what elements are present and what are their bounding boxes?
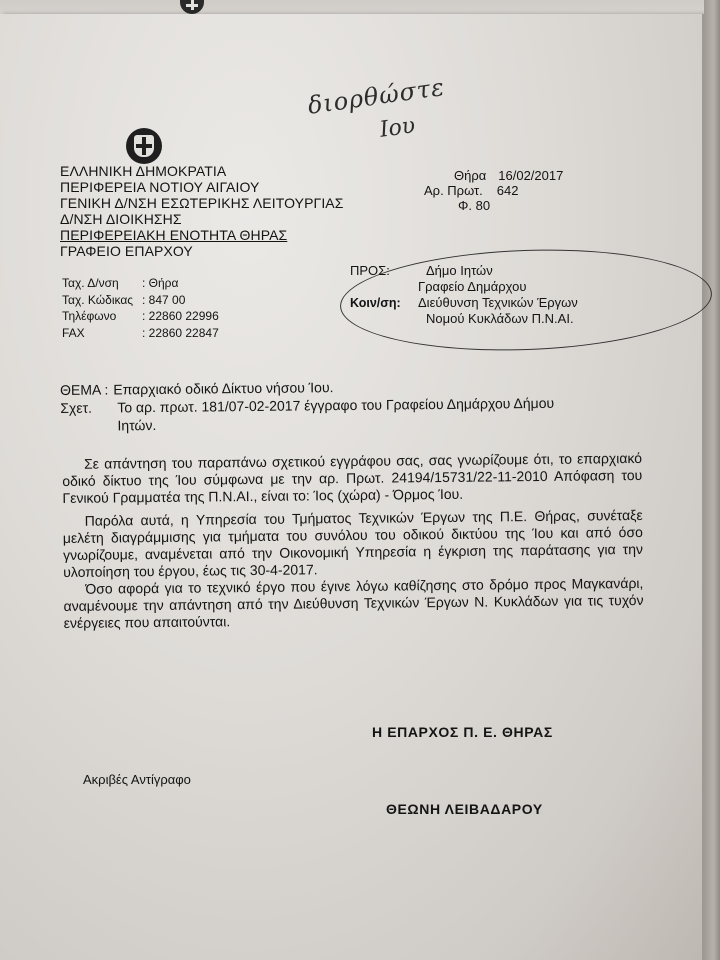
document-meta: Θήρα 16/02/2017 Αρ. Πρωτ. 642 Φ. 80	[424, 168, 563, 213]
header-line-general-directorate: ΓΕΝΙΚΗ Δ/ΝΣΗ ΕΣΩΤΕΡΙΚΗΣ ΛΕΙΤΟΥΡΓΙΑΣ	[60, 195, 344, 211]
recipient-to-line2: Γραφείο Δημάρχου	[418, 279, 526, 295]
recipient-cc-line1: Διεύθυνση Τεχνικών Έργων	[418, 295, 578, 311]
signatory-name: ΘΕΩΝΗ ΛΕΙΒΑΔΑΡΟΥ	[386, 801, 543, 817]
subject-label: ΘΕΜΑ :	[60, 380, 108, 399]
contact-value: : 847 00	[142, 292, 185, 309]
body-paragraph-2: Παρόλα αυτά, η Υπηρεσία του Τμήματος Τεχ…	[63, 507, 644, 581]
underlying-emblem-icon	[180, 0, 204, 14]
recipients-block: ΠΡΟΣ: Δήμο Ιητών Γραφείο Δημάρχου Κοιν/σ…	[350, 263, 578, 327]
contact-value: : 22860 22847	[142, 325, 219, 342]
meta-protocol-label: Αρ. Πρωτ.	[424, 183, 483, 198]
issuing-authority-header: ΕΛΛΗΝΙΚΗ ΔΗΜΟΚΡΑΤΙΑ ΠΕΡΙΦΕΡΕΙΑ ΝΟΤΙΟΥ ΑΙ…	[60, 163, 344, 259]
signatory-title: Η ΕΠΑΡΧΟΣ Π. Ε. ΘΗΡΑΣ	[372, 724, 553, 740]
header-line-office: ΓΡΑΦΕΙΟ ΕΠΑΡΧΟΥ	[60, 243, 344, 259]
meta-protocol-number: 642	[497, 183, 519, 198]
contact-label: Ταχ. Δ/νση	[62, 275, 142, 292]
subject-block: ΘΕΜΑ : Επαρχιακό οδικό Δίκτυο νήσου Ίου.…	[60, 376, 554, 435]
reference-line2: Ιητών.	[117, 416, 156, 434]
handwritten-note-line2: Ιου	[378, 113, 416, 143]
header-line-regional-unit: ΠΕΡΙΦΕΡΕΙΑΚΗ ΕΝΟΤΗΤΑ ΘΗΡΑΣ	[60, 227, 344, 243]
contact-row: Ταχ. Κώδικας : 847 00	[62, 292, 219, 309]
contact-row: Ταχ. Δ/νση : Θήρα	[62, 275, 219, 292]
recipient-cc-line2: Νομού Κυκλάδων Π.Ν.ΑΙ.	[418, 311, 574, 327]
meta-file-number: Φ. 80	[458, 198, 490, 213]
greek-coat-of-arms-icon	[126, 128, 162, 164]
recipient-to-line1: Δήμο Ιητών	[418, 263, 493, 279]
contact-details: Ταχ. Δ/νση : Θήρα Ταχ. Κώδικας : 847 00 …	[62, 275, 219, 341]
subject-text: Επαρχιακό οδικό Δίκτυο νήσου Ίου.	[113, 378, 333, 398]
contact-row: FAX : 22860 22847	[62, 325, 219, 342]
letter-body: Σε απάντηση του παραπάνω σχετικού εγγράφ…	[62, 450, 644, 632]
reference-label: Σχετ.	[60, 398, 117, 417]
contact-row: Τηλέφωνο : 22860 22996	[62, 308, 219, 325]
recipient-to-label: ΠΡΟΣ:	[350, 263, 418, 279]
contact-label: FAX	[62, 325, 142, 342]
body-paragraph-1: Σε απάντηση του παραπάνω σχετικού εγγράφ…	[62, 450, 643, 507]
recipient-cc-label: Κοιν/ση:	[350, 295, 418, 311]
header-line-region: ΠΕΡΙΦΕΡΕΙΑ ΝΟΤΙΟΥ ΑΙΓΑΙΟΥ	[60, 179, 344, 195]
contact-label: Τηλέφωνο	[62, 308, 142, 325]
certified-copy-label: Ακριβές Αντίγραφο	[83, 772, 191, 787]
header-line-directorate: Δ/ΝΣΗ ΔΙΟΙΚΗΣΗΣ	[60, 211, 344, 227]
paper-edge	[704, 0, 720, 960]
body-paragraph-3: Όσο αφορά για το τεχνικό έργο που έγινε …	[63, 575, 644, 632]
meta-place: Θήρα	[454, 168, 486, 183]
contact-value: : 22860 22996	[142, 308, 219, 325]
contact-label: Ταχ. Κώδικας	[62, 292, 142, 309]
meta-date: 16/02/2017	[498, 168, 563, 183]
cross-shield-icon	[134, 135, 154, 157]
header-line-republic: ΕΛΛΗΝΙΚΗ ΔΗΜΟΚΡΑΤΙΑ	[60, 163, 344, 179]
contact-value: : Θήρα	[142, 275, 178, 292]
